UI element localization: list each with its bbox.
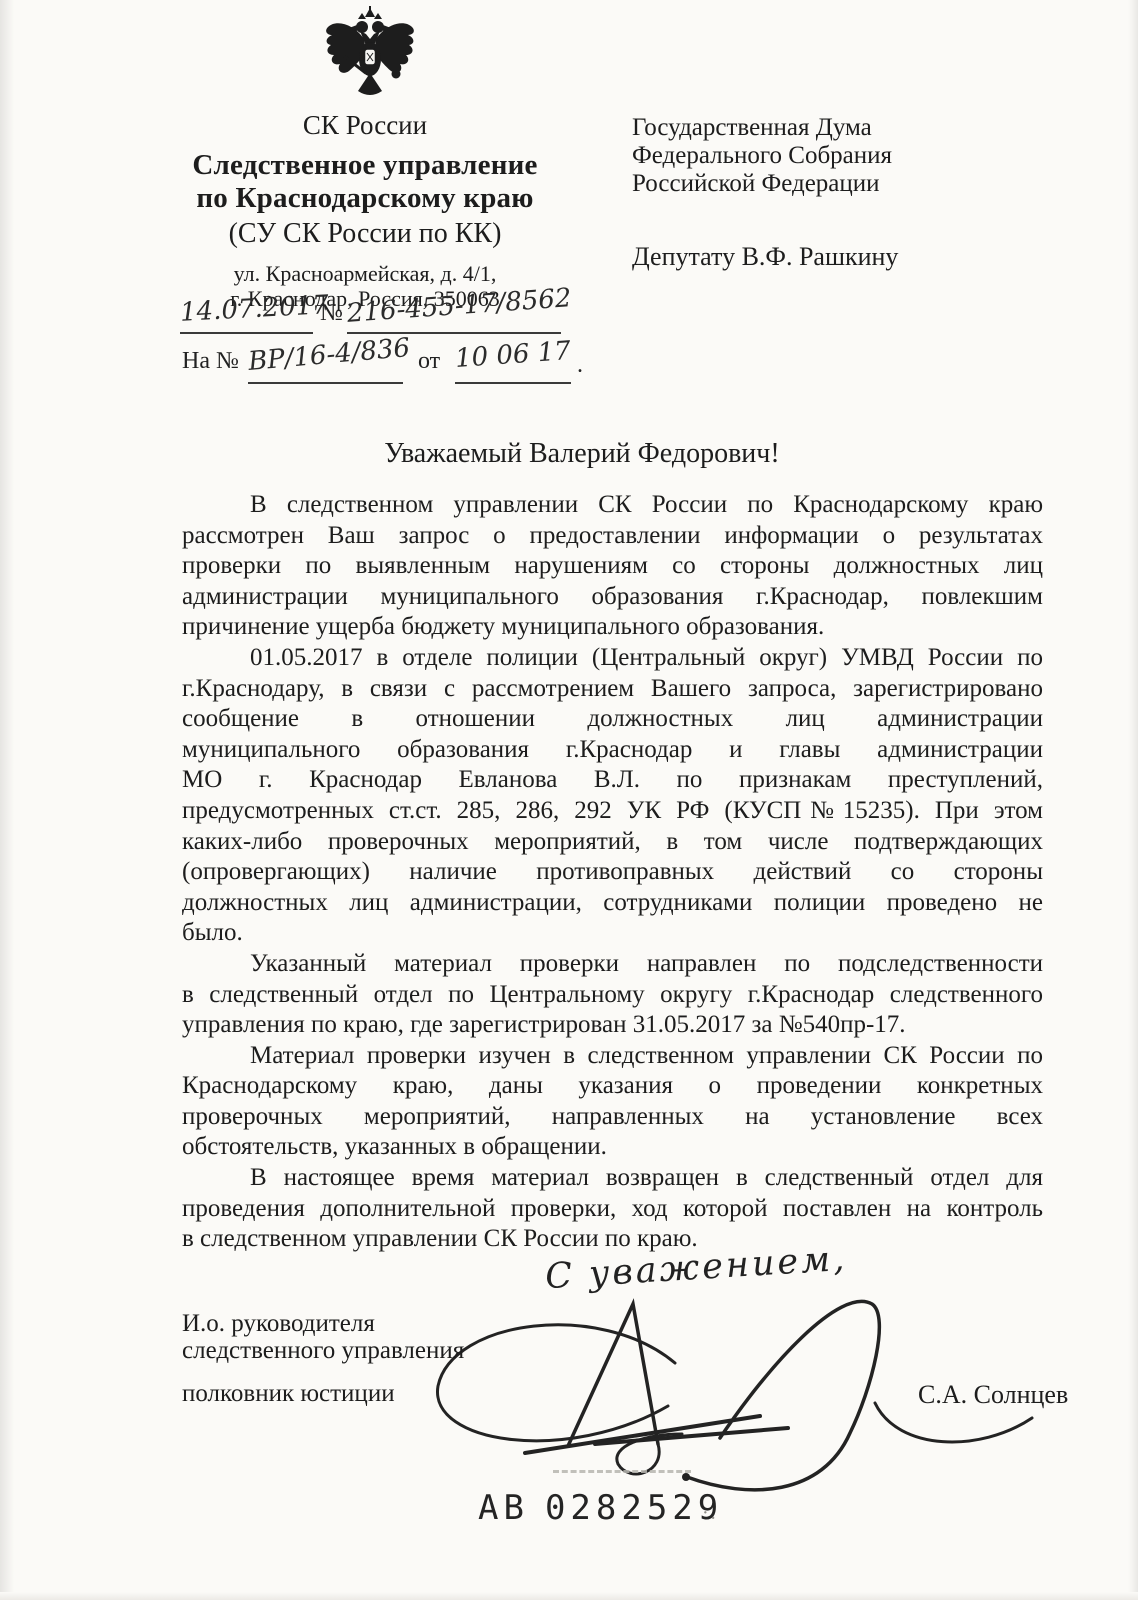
faded-dashed-line <box>553 1470 691 1473</box>
body-line: Материал проверки изучен в следственном … <box>182 1041 1043 1072</box>
signature-scribble <box>420 1248 1040 1493</box>
body-line: г.Краснодару, в связи с рассмотрением Ва… <box>182 674 1043 705</box>
body-line: должностных лиц администрации, сотрудник… <box>182 888 1043 919</box>
body-line: обстоятельств, указанных в обращении. <box>182 1132 1043 1163</box>
incoming-number-handwritten: ВР/16-4/836 <box>247 333 411 377</box>
body-line: муниципального образования г.Краснодар и… <box>182 735 1043 766</box>
signer-rank: полковник юстиции <box>182 1380 395 1408</box>
outgoing-date-field: 14.07.2017 <box>180 294 313 334</box>
org-name-line1: Следственное управление <box>140 149 590 182</box>
signer-name: С.А. Солнцев <box>918 1380 1068 1410</box>
incoming-date-handwritten: 10 06 17 <box>454 336 572 374</box>
incoming-date-field: 10 06 17 <box>455 340 571 384</box>
recipient-line2: Федерального Собрания <box>632 142 1062 170</box>
body-line: В следственном управлении СК России по К… <box>182 490 1043 521</box>
signer-position-line1: И.о. руководителя <box>182 1310 375 1338</box>
body-line: администрации муниципального образования… <box>182 582 1043 613</box>
body-line: Указанный материал проверки направлен по… <box>182 949 1043 980</box>
scan-edge-right <box>1128 0 1138 1600</box>
signer-position-line2: следственного управления <box>182 1337 464 1365</box>
outgoing-number-field: 216-455-17/8562 <box>347 294 561 334</box>
blank-series: АВ <box>478 1488 529 1528</box>
org-address-line1: ул. Красноармейская, д. 4/1, <box>140 261 590 286</box>
body-line: в следственный отдел по Центральному окр… <box>182 980 1043 1011</box>
body-line: Краснодарскому краю, даны указания о про… <box>182 1071 1043 1102</box>
body-line: (опровергающих) наличие противоправных д… <box>182 857 1043 888</box>
body-line: МО г. Краснодар Евланова В.Л. по признак… <box>182 765 1043 796</box>
body-line: 01.05.2017 в отделе полиции (Центральный… <box>182 643 1043 674</box>
recipient-line3: Российской Федерации <box>632 170 1062 198</box>
incoming-number-field: ВР/16-4/836 <box>248 340 403 384</box>
body-line: было. <box>182 918 1043 949</box>
letter-body: В следственном управлении СК России по К… <box>182 490 1043 1255</box>
body-line: сообщение в отношении должностных лиц ад… <box>182 704 1043 735</box>
org-abbreviation: (СУ СК России по КК) <box>140 218 590 250</box>
coat-of-arms-icon <box>322 6 418 104</box>
na-number-label: На № <box>182 348 239 375</box>
period-mark: . <box>577 352 583 379</box>
body-line: каких-либо проверочных мероприятий, в то… <box>182 827 1043 858</box>
blank-number: 0282529 <box>545 1488 723 1528</box>
body-line: рассмотрен Ваш запрос о предоставлении и… <box>182 521 1043 552</box>
org-name-short: СК России <box>140 110 590 140</box>
recipient-line1: Государственная Дума <box>632 114 1062 142</box>
number-sign-label: № <box>320 300 343 327</box>
body-line: проверочных мероприятий, направленных на… <box>182 1102 1043 1133</box>
body-line: управления по краю, где зарегистрирован … <box>182 1010 1043 1041</box>
blank-series-number: АВ0282529 <box>478 1488 723 1528</box>
outgoing-date-handwritten: 14.07.2017 <box>179 290 329 328</box>
org-name-line2: по Краснодарскому краю <box>140 182 590 215</box>
ot-label: от <box>418 348 440 375</box>
body-line: предусмотренных ст.ст. 285, 286, 292 УК … <box>182 796 1043 827</box>
body-line: причинение ущерба бюджету муниципального… <box>182 612 1043 643</box>
scanned-letter-page: СК России Следственное управление по Кра… <box>0 0 1138 1600</box>
body-line: проведения дополнительной проверки, ход … <box>182 1194 1043 1225</box>
sender-block: СК России Следственное управление по Кра… <box>140 110 590 311</box>
scan-edge-bottom <box>0 1592 1138 1600</box>
body-line: В настоящее время материал возвращен в с… <box>182 1163 1043 1194</box>
scan-edge-left <box>0 0 14 1600</box>
body-line: проверки по выявленным нарушениям со сто… <box>182 551 1043 582</box>
scan-artifact-dots: ·. <box>702 1502 718 1525</box>
recipient-addressee: Депутату В.Ф. Рашкину <box>632 242 1062 272</box>
salutation: Уважаемый Валерий Федорович! <box>182 438 982 470</box>
recipient-block: Государственная Дума Федерального Собран… <box>632 114 1062 272</box>
